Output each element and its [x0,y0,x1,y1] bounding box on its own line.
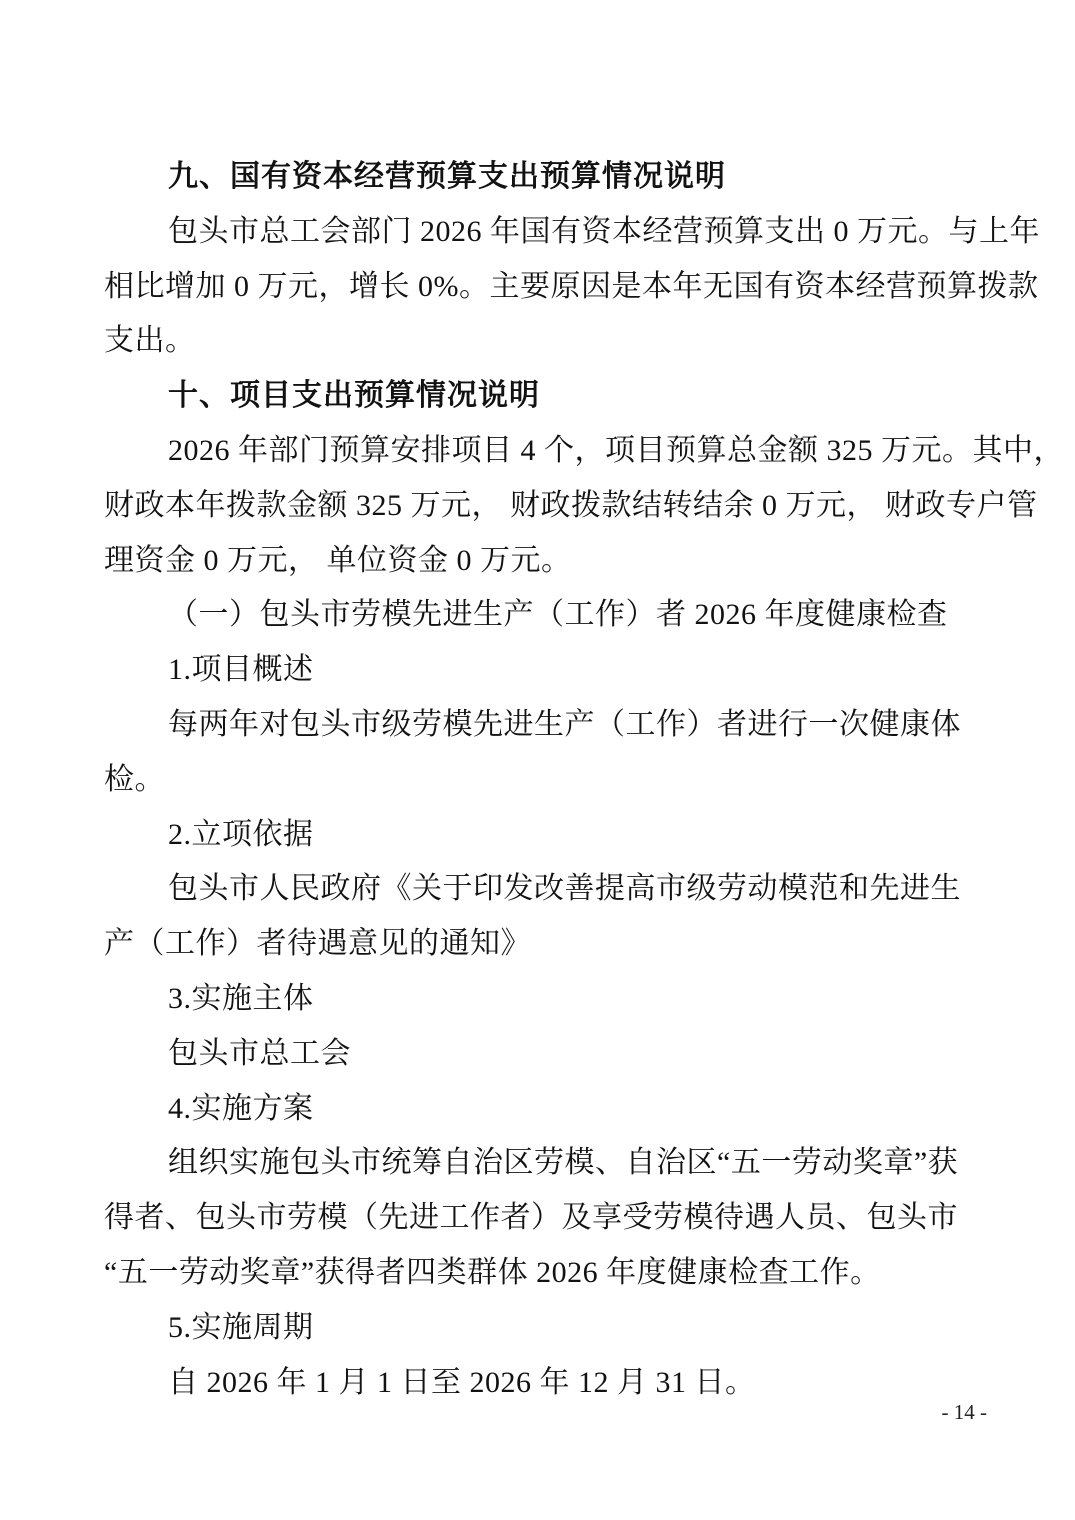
project-1-item-4-line: 组织实施包头市统筹自治区劳模、自治区“五一劳动奖章”获 [104,1136,988,1191]
section-9-heading: 九、国有资本经营预算支出预算情况说明 [104,150,988,205]
section-10-summary-line: 财政本年拨款金额 325 万元， 财政拨款结转结余 0 万元， 财政专户管 [104,479,988,534]
project-1-item-5-line: 自 2026 年 1 月 1 日至 2026 年 12 月 31 日。 [104,1356,988,1411]
project-1-item-3-line: 包头市总工会 [104,1027,988,1082]
section-10-heading: 十、项目支出预算情况说明 [104,369,988,424]
document-body: 九、国有资本经营预算支出预算情况说明 包头市总工会部门 2026 年国有资本经营… [104,150,988,1410]
document-page: 九、国有资本经营预算支出预算情况说明 包头市总工会部门 2026 年国有资本经营… [0,0,1075,1520]
page-number: - 14 - [942,1400,988,1425]
project-1-item-5-label: 5.实施周期 [104,1301,988,1356]
project-1-item-3-label: 3.实施主体 [104,972,988,1027]
project-1-item-2-line: 产（工作）者待遇意见的通知》 [104,917,988,972]
project-1-item-1-line: 检。 [104,753,988,808]
project-1-item-4-line: 得者、包头市劳模（先进工作者）及享受劳模待遇人员、包头市 [104,1191,988,1246]
project-1-item-2-line: 包头市人民政府《关于印发改善提高市级劳动模范和先进生 [104,862,988,917]
section-10-summary-line: 2026 年部门预算安排项目 4 个，项目预算总金额 325 万元。其中， [104,424,988,479]
project-1-item-1-label: 1.项目概述 [104,643,988,698]
section-9-paragraph-line: 包头市总工会部门 2026 年国有资本经营预算支出 0 万元。与上年 [104,205,988,260]
project-1-item-4-label: 4.实施方案 [104,1082,988,1137]
project-1-item-2-label: 2.立项依据 [104,808,988,863]
section-10-summary-line: 理资金 0 万元， 单位资金 0 万元。 [104,534,988,589]
project-1-title: （一）包头市劳模先进生产（工作）者 2026 年度健康检查 [104,588,988,643]
project-1-item-1-line: 每两年对包头市级劳模先进生产（工作）者进行一次健康体 [104,698,988,753]
section-9-paragraph-line: 支出。 [104,314,988,369]
section-9-paragraph-line: 相比增加 0 万元，增长 0%。主要原因是本年无国有资本经营预算拨款 [104,260,988,315]
project-1-item-4-line: “五一劳动奖章”获得者四类群体 2026 年度健康检查工作。 [104,1246,988,1301]
